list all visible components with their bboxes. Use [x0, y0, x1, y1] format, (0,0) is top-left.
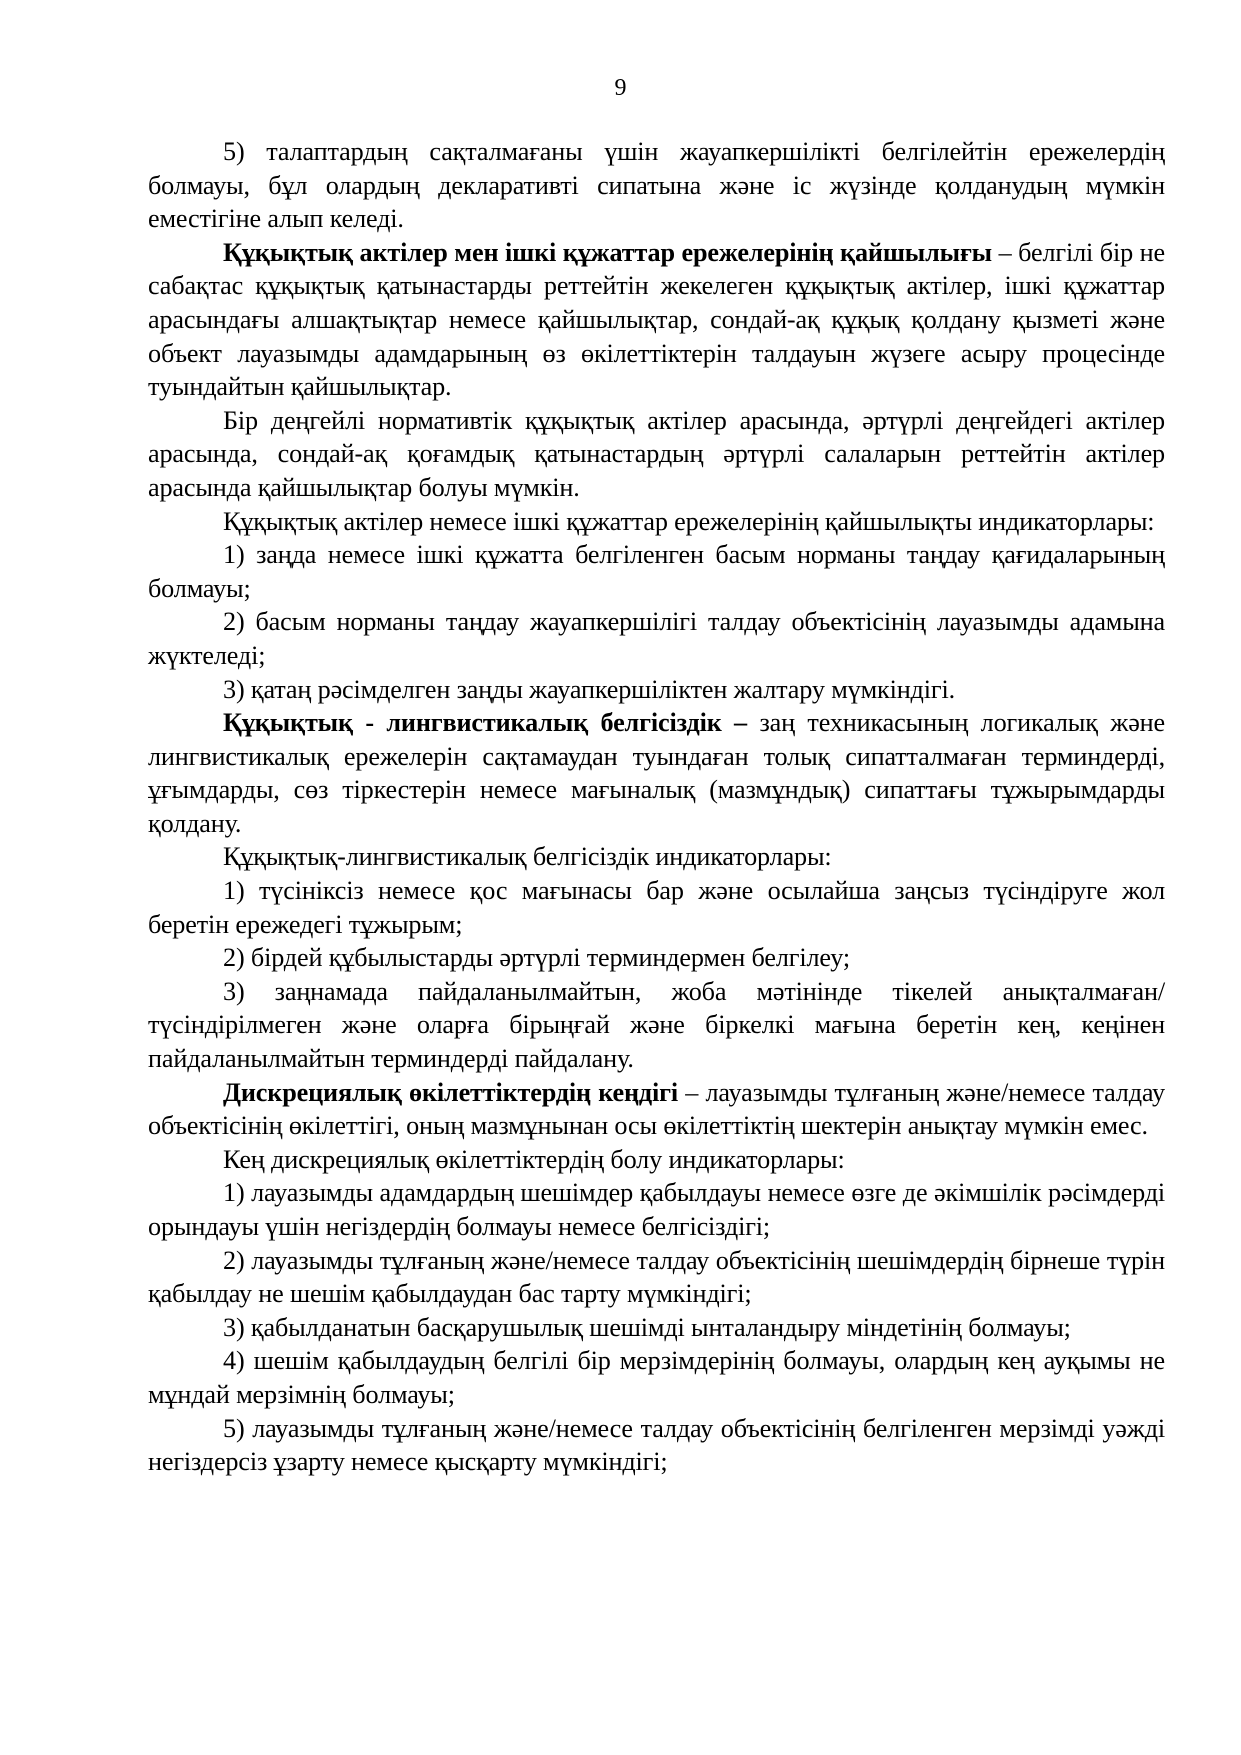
paragraph-term: Дискрециялық өкілеттіктердің кеңдігі: [223, 1078, 678, 1107]
paragraph-text: 1) түсініксіз немесе қос мағынасы бар жә…: [148, 876, 1165, 939]
list-item: 4) шешім қабылдаудың белгілі бір мерзімд…: [148, 1344, 1165, 1411]
paragraph-text: Құқықтық актілер немесе ішкі құжаттар ер…: [223, 507, 1154, 536]
list-item: 5) лауазымды тұлғаның және/немесе талдау…: [148, 1412, 1165, 1479]
paragraph-term: Құқықтық - лингвистикалық белгісіздік –: [223, 708, 747, 737]
paragraph-text: 3) қабылданатын басқарушылық шешімді ынт…: [223, 1313, 1071, 1342]
list-item: 2) лауазымды тұлғаның және/немесе талдау…: [148, 1244, 1165, 1311]
paragraph-definition-discretionary-powers: Дискрециялық өкілеттіктердің кеңдігі – л…: [148, 1076, 1165, 1143]
paragraph-text: 5) лауазымды тұлғаның және/немесе талдау…: [148, 1414, 1165, 1477]
paragraph-text: 2) лауазымды тұлғаның және/немесе талдау…: [148, 1246, 1165, 1309]
paragraph-missing-liability-rules: 5) талаптардың сақталмағаны үшін жауапке…: [148, 135, 1165, 236]
list-item: 3) заңнамада пайдаланылмайтын, жоба мәті…: [148, 975, 1165, 1076]
list-item: 1) лауазымды адамдардың шешімдер қабылда…: [148, 1176, 1165, 1243]
paragraph-text: 3) заңнамада пайдаланылмайтын, жоба мәті…: [148, 977, 1165, 1073]
list-item: 2) бірдей құбылыстарды әртүрлі терминдер…: [148, 941, 1165, 975]
list-item: 3) қатаң рәсімделген заңды жауапкершілік…: [148, 673, 1165, 707]
paragraph-discretion-indicators-heading: Кең дискрециялық өкілеттіктердің болу ин…: [148, 1143, 1165, 1177]
paragraph-definition-contradiction: Құқықтық актілер мен ішкі құжаттар ереже…: [148, 236, 1165, 404]
paragraph-text: Кең дискрециялық өкілеттіктердің болу ин…: [223, 1145, 845, 1174]
paragraph-text: Бір деңгейлі нормативтік құқықтық актіле…: [148, 406, 1165, 502]
paragraph-definition-linguistic-uncertainty: Құқықтық - лингвистикалық белгісіздік – …: [148, 706, 1165, 840]
paragraph-text: 5) талаптардың сақталмағаны үшін жауапке…: [148, 137, 1165, 233]
paragraph-text: 2) бірдей құбылыстарды әртүрлі терминдер…: [223, 943, 850, 972]
paragraph-contradiction-levels: Бір деңгейлі нормативтік құқықтық актіле…: [148, 404, 1165, 505]
paragraph-contradiction-indicators-heading: Құқықтық актілер немесе ішкі құжаттар ер…: [148, 505, 1165, 539]
list-item: 3) қабылданатын басқарушылық шешімді ынт…: [148, 1311, 1165, 1345]
list-item: 2) басым норманы таңдау жауапкершілігі т…: [148, 605, 1165, 672]
paragraph-text: 4) шешім қабылдаудың белгілі бір мерзімд…: [148, 1346, 1165, 1409]
paragraph-text: Құқықтық-лингвистикалық белгісіздік инди…: [223, 842, 832, 871]
page-number: 9: [0, 72, 1241, 106]
paragraph-text: 1) заңда немесе ішкі құжатта белгіленген…: [148, 540, 1165, 603]
document-body: 5) талаптардың сақталмағаны үшін жауапке…: [148, 135, 1165, 1479]
paragraph-text: 3) қатаң рәсімделген заңды жауапкершілік…: [223, 675, 955, 704]
list-item: 1) түсініксіз немесе қос мағынасы бар жә…: [148, 874, 1165, 941]
paragraph-uncertainty-indicators-heading: Құқықтық-лингвистикалық белгісіздік инди…: [148, 840, 1165, 874]
paragraph-text: 1) лауазымды адамдардың шешімдер қабылда…: [148, 1178, 1165, 1241]
list-item: 1) заңда немесе ішкі құжатта белгіленген…: [148, 538, 1165, 605]
paragraph-term: Құқықтық актілер мен ішкі құжаттар ереже…: [223, 238, 992, 267]
paragraph-text: 2) басым норманы таңдау жауапкершілігі т…: [148, 607, 1165, 670]
